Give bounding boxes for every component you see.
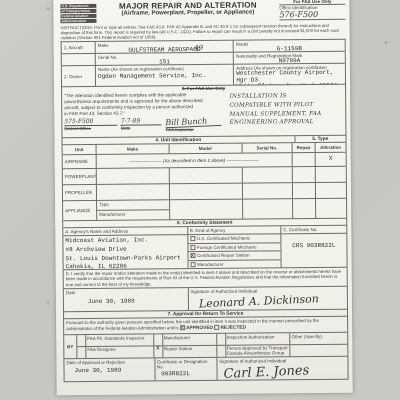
- by-checkbox: [217, 346, 226, 357]
- col-serial: Serial No.: [242, 143, 293, 152]
- date-value: June 30, 1989: [64, 295, 188, 306]
- propeller-label: PROPELLER: [63, 185, 97, 200]
- rejected-label: REJECTED: [220, 325, 246, 330]
- type-label: 5. Type: [295, 136, 345, 142]
- rejected-checkbox: [214, 325, 219, 330]
- conformity-signature-row: Date June 30, 1989 Signature of Authoriz…: [64, 287, 347, 312]
- by-option: Repair Station: [163, 346, 217, 358]
- kind-checkbox: [190, 262, 195, 267]
- approval-cert-value: 903R822L: [155, 370, 216, 378]
- by-option: Person Approved by Transport Canada Airw…: [226, 345, 291, 357]
- approval-statement-line2: Administrator of the Federal Aviation Ad…: [66, 325, 178, 331]
- row-appliance: APPLIANCE Type Manufacturer: [63, 199, 346, 221]
- col-alteration: Alteration: [316, 143, 346, 152]
- agency-line: Administration: [60, 18, 96, 22]
- owner-row-label: 2. Owner: [62, 66, 96, 86]
- form-title-block: MAJOR REPAIR AND ALTERATION (Airframe, P…: [96, 0, 279, 24]
- reg-value: N9799A: [236, 58, 343, 64]
- make-hand-note: 49: [194, 45, 203, 53]
- kind-checkbox: [190, 245, 195, 250]
- by-option: FAA Designee: [86, 346, 154, 358]
- airframe-span-text: --------------------- (As described in I…: [97, 153, 293, 168]
- by-checkbox: [77, 335, 86, 346]
- scan-registration-mark: +: [46, 300, 50, 307]
- kind-checkbox: [190, 237, 195, 242]
- faa-use-section: 3. For FAA Use Only "The alteration iden…: [62, 85, 345, 138]
- kind-checkbox: X: [190, 253, 195, 258]
- col-model: Model: [169, 144, 242, 154]
- airframe-alteration-mark: X: [316, 156, 346, 163]
- by-label: BY: [64, 335, 77, 358]
- scan-registration-mark: +: [46, 6, 50, 13]
- by-checkbox: [217, 334, 226, 345]
- kind-label: Foreign Certificated Mechanic: [197, 244, 257, 250]
- scan-registration-mark: +: [384, 40, 388, 47]
- by-other-label: Other (Specify): [290, 333, 347, 344]
- col-repair: Repair: [293, 143, 316, 152]
- dot-agency-block: U.S. Department of Transportation Federa…: [60, 1, 96, 24]
- scanned-form-337: U.S. Department of Transportation Federa…: [53, 0, 352, 395]
- kind-label: U.S. Certificated Mechanic: [197, 236, 250, 242]
- stamp-date-label: Date: [121, 125, 162, 131]
- district-office-label: District Office: [64, 126, 118, 132]
- by-checkbox: X: [154, 346, 163, 357]
- certificate-no-value: CRS 903R822L: [281, 234, 346, 250]
- certify-statement: D. I certify that the repair and/or alte…: [64, 268, 347, 290]
- owner-name-value: Ogden Management Service, Inc.: [98, 71, 231, 81]
- kind-label: Manufacturer: [197, 262, 224, 267]
- by-checkbox: [77, 347, 86, 358]
- by-option: Manufacturer: [163, 334, 217, 345]
- conformity-block: A. Agency's Name and Address Midcoast Av…: [63, 226, 346, 270]
- appliance-label: APPLIANCE: [63, 201, 97, 220]
- col-unit: Unit: [63, 145, 97, 154]
- by-checkbox: [154, 334, 163, 345]
- airframe-label: AIRFRAME: [63, 155, 97, 168]
- approved-checkbox: X: [180, 325, 185, 330]
- model-value: G-1159B: [236, 46, 343, 52]
- faa-use-box: For FAA Use Only Office Identification 5…: [279, 0, 345, 22]
- agency-line: of Transportation: [60, 8, 96, 12]
- office-id-value: 576-F500: [279, 10, 345, 21]
- hand-note-line: ENGINEERING APPROVAL: [230, 118, 344, 128]
- kind-label: Certificated Repair Station: [197, 253, 250, 259]
- powerplant-label: POWERPLANT: [63, 169, 97, 184]
- appliance-type-label: Type: [97, 200, 169, 211]
- by-option: FAA Flt. Standards Inspector: [86, 335, 154, 346]
- col-make: Make: [97, 144, 170, 154]
- approval-cert-label: Certificate or Designation No.: [155, 358, 216, 371]
- appliance-mfr-label: Manufacturer: [97, 210, 169, 220]
- aircraft-row-label: 1. Aircraft: [62, 42, 96, 53]
- approval-date-value: June 30, 1989: [64, 366, 154, 375]
- approved-label: APPROVED: [186, 326, 213, 331]
- approval-signature-row: Date of Approval or Rejection June 30, 1…: [64, 357, 347, 382]
- form-subtitle: (Airframe, Powerplant, Propeller, or App…: [96, 9, 279, 17]
- by-option: Inspection Authorization: [226, 333, 291, 344]
- form-header: U.S. Department of Transportation Federa…: [60, 0, 345, 24]
- approval-by-table: BY FAA Flt. Standards Inspector Manufact…: [64, 333, 347, 359]
